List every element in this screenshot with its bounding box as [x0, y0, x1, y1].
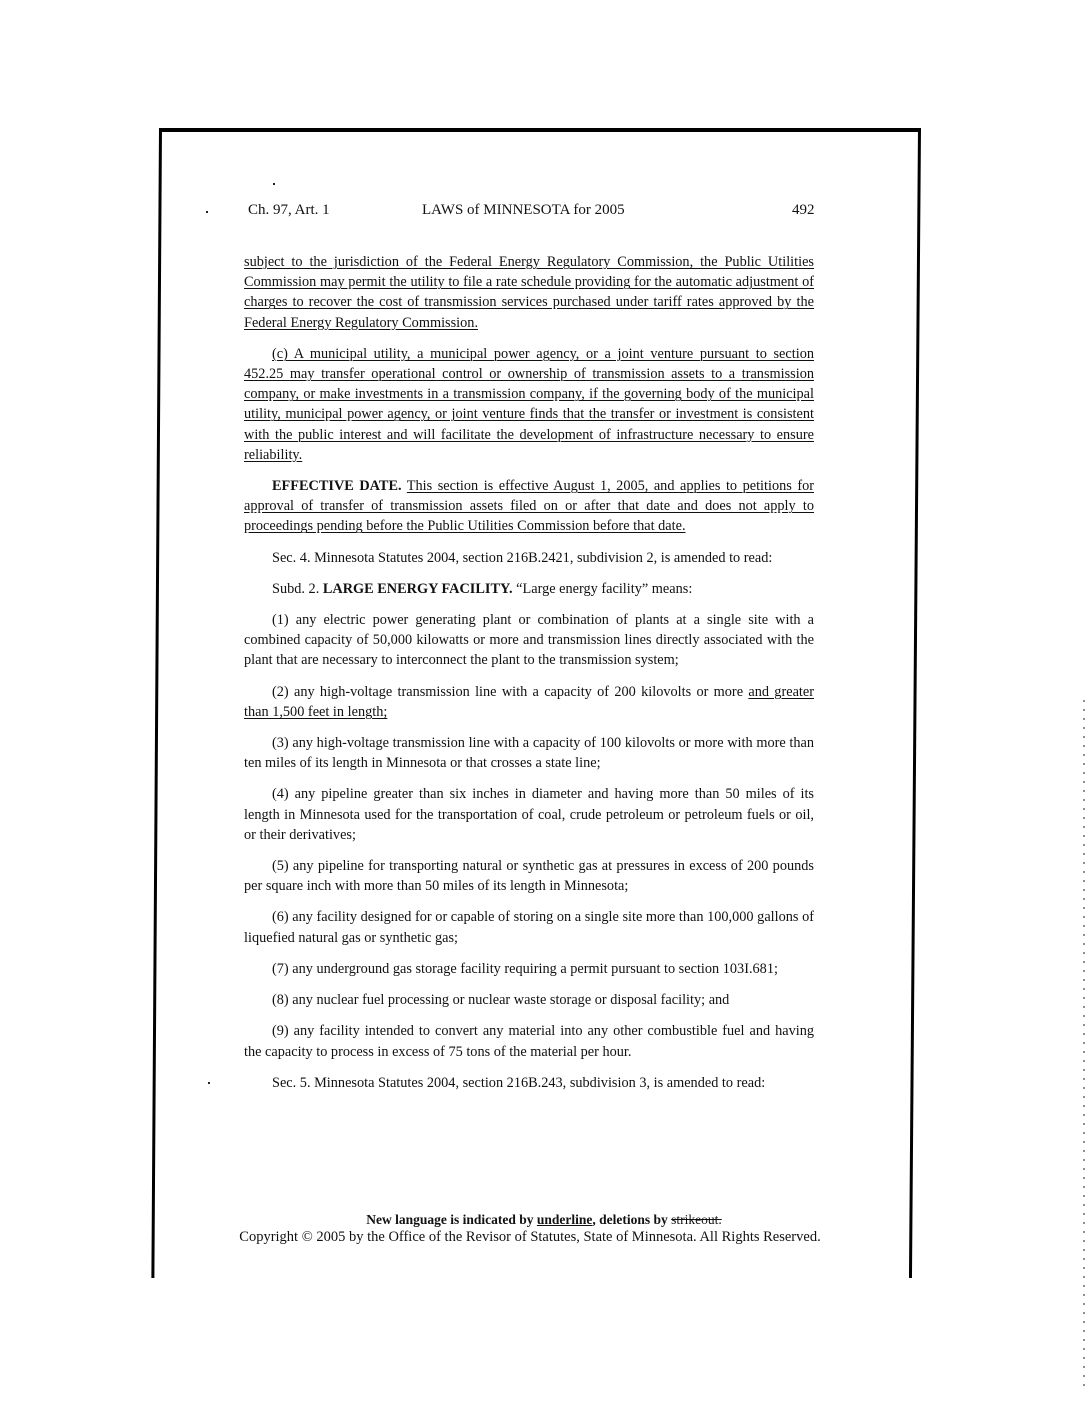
- list-item-4: (4) any pipeline greater than six inches…: [244, 784, 814, 845]
- section-5-intro: Sec. 5. Minnesota Statutes 2004, section…: [244, 1073, 814, 1093]
- legend-underline-sample: underline: [537, 1212, 593, 1227]
- chapter-label: Ch. 97, Art. 1: [248, 202, 330, 219]
- document-body: subject to the jurisdiction of the Feder…: [244, 252, 814, 1104]
- header-title: LAWS of MINNESOTA for 2005: [422, 202, 625, 219]
- scan-speck: [206, 211, 208, 213]
- subd-heading: LARGE ENERGY FACILITY.: [323, 581, 513, 597]
- copyright-notice: Copyright © 2005 by the Office of the Re…: [0, 1229, 1060, 1246]
- page-border-top: [159, 128, 921, 132]
- paragraph-continuation: subject to the jurisdiction of the Feder…: [244, 252, 814, 333]
- legend-middle: , deletions by: [592, 1212, 671, 1227]
- section-4-intro: Sec. 4. Minnesota Statutes 2004, section…: [244, 548, 814, 568]
- page-number: 492: [792, 202, 815, 219]
- legend-strikeout-sample: strikeout.: [671, 1212, 722, 1227]
- list-item-2: (2) any high-voltage transmission line w…: [244, 682, 814, 722]
- list-item-2-text: (2) any high-voltage transmission line w…: [272, 684, 743, 700]
- list-item-5: (5) any pipeline for transporting natura…: [244, 856, 814, 896]
- markup-legend: New language is indicated by underline, …: [0, 1212, 1088, 1228]
- list-item-3: (3) any high-voltage transmission line w…: [244, 733, 814, 773]
- list-item-7: (7) any underground gas storage facility…: [244, 959, 814, 979]
- effective-date-paragraph: EFFECTIVE DATE. This section is effectiv…: [244, 476, 814, 537]
- effective-date-label: EFFECTIVE DATE.: [272, 478, 402, 494]
- subd-prefix: Subd. 2.: [272, 581, 319, 597]
- page-border-left: [151, 128, 162, 1278]
- subdivision-heading: Subd. 2. LARGE ENERGY FACILITY. “Large e…: [244, 579, 814, 599]
- page-border-right: [909, 128, 921, 1278]
- subd-text: “Large energy facility” means:: [516, 581, 692, 597]
- list-item-6: (6) any facility designed for or capable…: [244, 907, 814, 947]
- list-item-1: (1) any electric power generating plant …: [244, 610, 814, 671]
- paragraph-c: (c) A municipal utility, a municipal pow…: [244, 344, 814, 465]
- list-item-8: (8) any nuclear fuel processing or nucle…: [244, 990, 814, 1010]
- scan-edge-artifact: [1083, 700, 1085, 1390]
- scan-speck: [273, 183, 275, 185]
- legend-prefix: New language is indicated by: [366, 1212, 537, 1227]
- list-item-9: (9) any facility intended to convert any…: [244, 1021, 814, 1061]
- scan-speck: [208, 1082, 210, 1084]
